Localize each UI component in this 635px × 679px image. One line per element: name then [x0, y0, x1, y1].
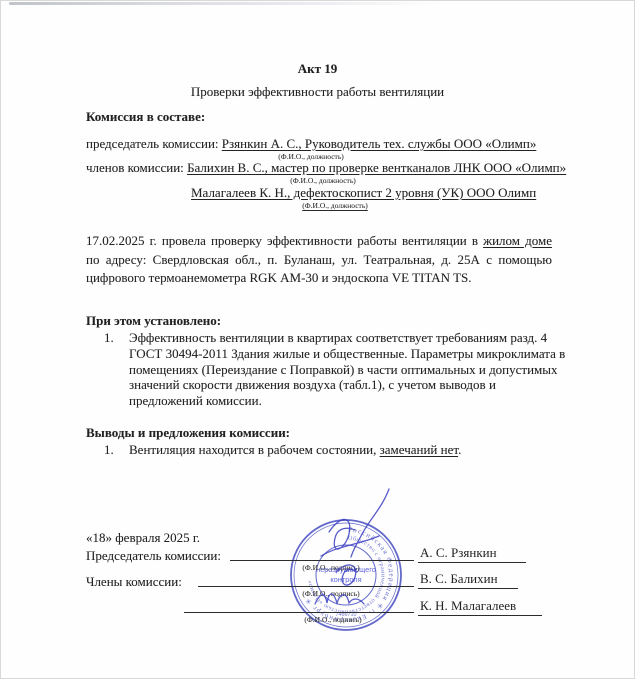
inspection-text-before: 17.02.2025 г. провела проверку эффективн…: [86, 233, 478, 248]
scanned-act-document: Акт 19 Проверки эффективности работы вен…: [0, 0, 635, 679]
findings-item-number: 1.: [104, 330, 114, 346]
member2-signature-line: [184, 612, 414, 613]
member2-value: Малагалеев К. Н., дефектоскопист 2 уровн…: [191, 185, 536, 200]
conclusions-heading: Выводы и предложения комиссии:: [86, 424, 290, 441]
chairman-line: председатель комиссии: Рзянкин А. С., Ру…: [86, 135, 536, 152]
member1-signature-line: [198, 586, 414, 587]
conclusions-text-after: .: [458, 442, 461, 457]
fio-sign-note: (Ф.И.О., подпись): [263, 615, 403, 624]
fio-sign-note: (Ф.И.О., подпись): [261, 589, 401, 598]
chairman-value: Рзянкин А. С., Руководитель тех. службы …: [222, 136, 537, 151]
scan-artifact-edge: [9, 2, 439, 5]
conclusions-item-number: 1.: [104, 442, 114, 458]
member2-name: К. Н. Малагалеев: [418, 598, 542, 616]
member1-name: В. С. Балихин: [418, 571, 518, 589]
conclusions-text-before: Вентиляция находится в рабочем состоянии…: [129, 442, 376, 457]
inspection-paragraph: 17.02.2025 г. провела проверку эффективн…: [86, 232, 552, 288]
conclusions-underlined: замечаний нет: [380, 442, 458, 457]
document-title: Акт 19: [1, 60, 634, 77]
chairman-name: А. С. Рзянкин: [418, 545, 526, 563]
member2-line: Малагалеев К. Н., дефектоскопист 2 уровн…: [191, 184, 536, 201]
document-subtitle: Проверки эффективности работы вентиляции: [1, 83, 634, 100]
members-line: членов комиссии: Балихин В. С., мастер п…: [86, 159, 566, 176]
chairman-label: председатель комиссии:: [86, 136, 219, 151]
signing-date: «18» февраля 2025 г.: [86, 529, 200, 546]
chairman-signature-line: [230, 560, 414, 561]
members-sign-label: Члены комиссии:: [86, 573, 182, 590]
findings-heading: При этом установлено:: [86, 312, 221, 329]
inspection-text-after: по адресу: Свердловская обл., п. Буланаш…: [86, 252, 552, 286]
commission-heading: Комиссия в составе:: [86, 108, 205, 125]
chairman-sign-label: Председатель комиссии:: [86, 547, 221, 564]
inspection-underlined: жилом доме: [483, 233, 552, 248]
fio-sign-note: (Ф.И.О., подпись): [261, 563, 401, 572]
conclusions-item-text: Вентиляция находится в рабочем состоянии…: [129, 442, 566, 458]
fio-position-note: (Ф.И.О., должность): [265, 201, 405, 210]
members-label: членов комиссии:: [86, 160, 184, 175]
stamp-center-line2: контроля: [330, 575, 361, 584]
findings-item-text: Эффективность вентиляции в квартирах соо…: [129, 330, 566, 409]
member1-value: Балихин В. С., мастер по проверке вентка…: [187, 160, 566, 175]
